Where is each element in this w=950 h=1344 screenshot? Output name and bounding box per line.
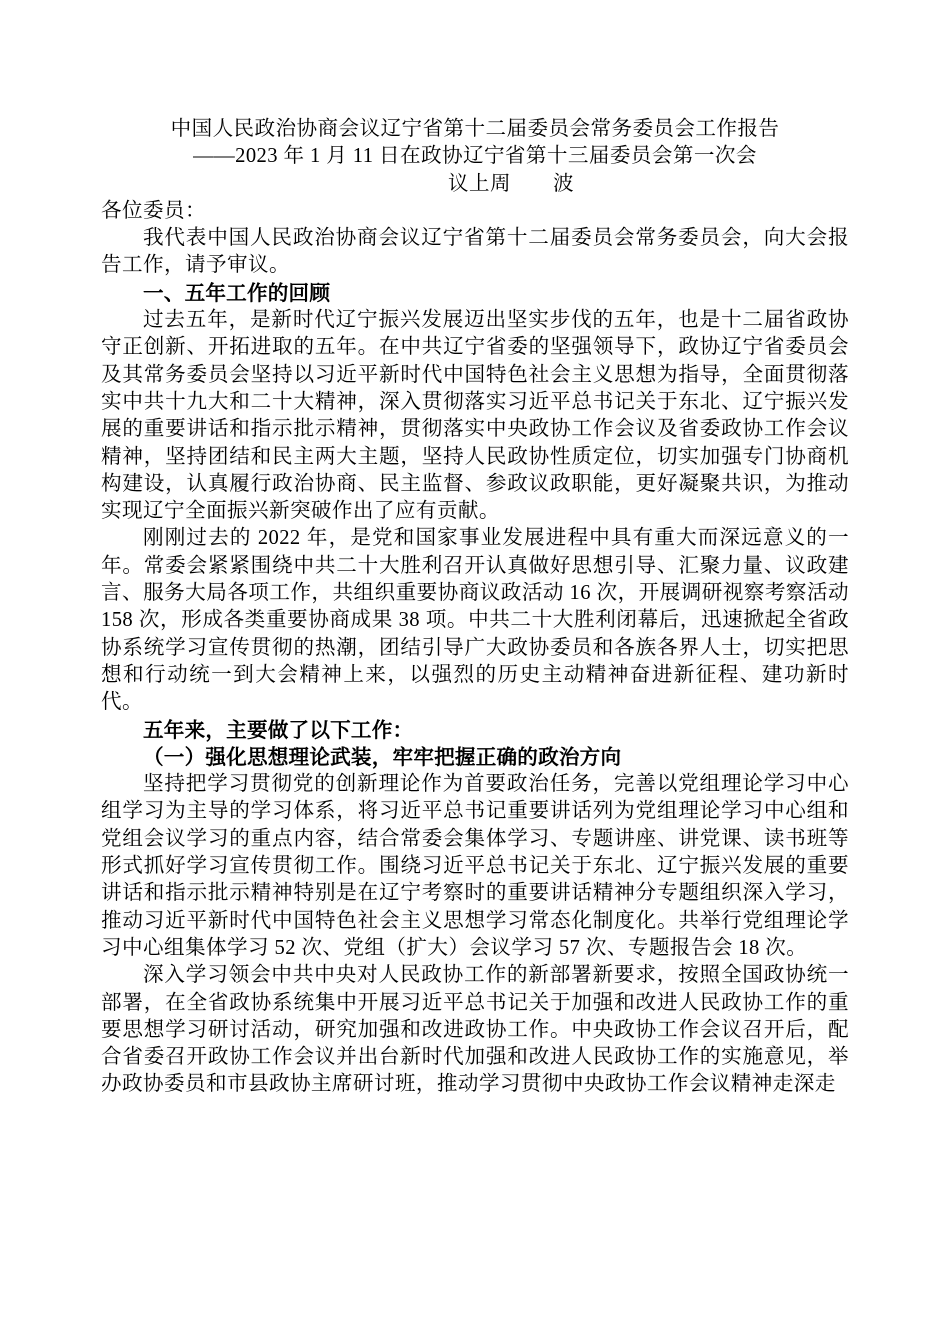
subheading-main-work: 五年来，主要做了以下工作： — [101, 717, 849, 744]
body-paragraph-theory-study: 坚持把学习贯彻党的创新理论作为首要政治任务，完善以党组理论学习中心组学习为主导的… — [101, 771, 849, 962]
report-subtitle-date: ——2023 年 1 月 11 日在政协辽宁省第十三届委员会第一次会 — [101, 143, 849, 170]
salutation: 各位委员： — [101, 198, 849, 225]
body-paragraph-cppcc-work-study: 深入学习领会中共中央对人民政协工作的新部署新要求，按照全国政协统一部署，在全省政… — [101, 962, 849, 1098]
document-page: 中国人民政治协商会议辽宁省第十二届委员会常务委员会工作报告 ——2023 年 1… — [0, 0, 950, 1344]
body-paragraph-past-five-years: 过去五年，是新时代辽宁振兴发展迈出坚实步伐的五年，也是十二届省政协守正创新、开拓… — [101, 307, 849, 525]
report-speaker-line: 议上周 波 — [101, 171, 849, 198]
report-title: 中国人民政治协商会议辽宁省第十二届委员会常务委员会工作报告 — [101, 116, 849, 143]
document-content: 中国人民政治协商会议辽宁省第十二届委员会常务委员会工作报告 ——2023 年 1… — [101, 116, 849, 1099]
subheading-ideological-armament: （一）强化思想理论武装，牢牢把握正确的政治方向 — [101, 744, 849, 771]
body-paragraph-intro: 我代表中国人民政治协商会议辽宁省第十二届委员会常务委员会，向大会报告工作，请予审… — [101, 225, 849, 280]
section-heading-five-year-review: 一、五年工作的回顾 — [101, 280, 849, 307]
body-paragraph-2022-summary: 刚刚过去的 2022 年，是党和国家事业发展进程中具有重大而深远意义的一年。常委… — [101, 525, 849, 716]
